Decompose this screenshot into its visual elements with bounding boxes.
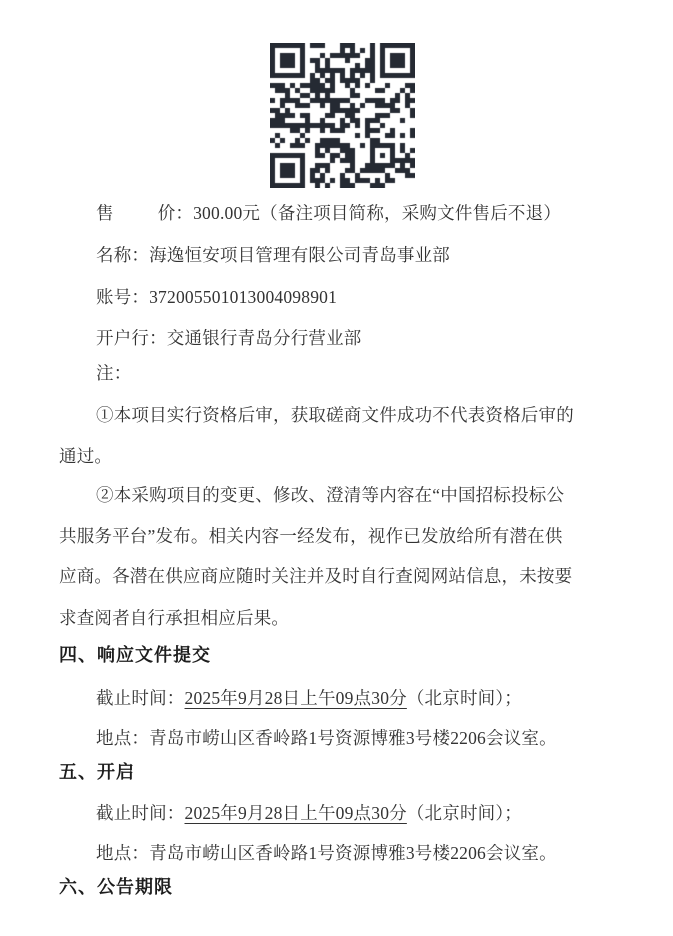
- bank-line: 开户行：交通银行青岛分行营业部: [96, 329, 362, 348]
- section4-location-line: 地点：青岛市崂山区香岭路1号资源博雅3号楼2206会议室。: [96, 729, 557, 748]
- account-number-line: 账号：372005501013004098901: [96, 288, 337, 307]
- deadline-datetime: 2025年9月28日上午09点30分: [185, 688, 407, 708]
- note2-line2: 共服务平台”发布。相关内容一经发布，视作已发放给所有潜在供: [59, 527, 563, 546]
- deadline-label: 截止时间：: [96, 688, 185, 708]
- price-label: 售: [96, 203, 114, 223]
- section5-title: 五、开启: [59, 763, 135, 782]
- section4-title: 四、响应文件提交: [59, 646, 211, 665]
- payee-name-line: 名称：海逸恒安项目管理有限公司青岛事业部: [96, 246, 450, 265]
- price-line: 售价：300.00元（备注项目简称，采购文件售后不退）: [96, 204, 561, 223]
- note2-line4: 求查阅者自行承担相应后果。: [59, 609, 289, 628]
- deadline-suffix: （北京时间）；: [407, 803, 522, 823]
- deadline-label: 截止时间：: [96, 803, 185, 823]
- note1-line2: 通过。: [59, 447, 112, 466]
- note1-line1: ①本项目实行资格后审，获取磋商文件成功不代表资格后审的: [96, 406, 574, 425]
- price-value: 价：300.00元（备注项目简称，采购文件售后不退）: [158, 203, 561, 223]
- note2-line1: ②本采购项目的变更、修改、澄清等内容在“中国招标投标公: [96, 486, 564, 505]
- note-label: 注：: [96, 364, 131, 383]
- deadline-suffix: （北京时间）；: [407, 688, 522, 708]
- section4-deadline-line: 截止时间：2025年9月28日上午09点30分（北京时间）；: [96, 689, 522, 708]
- section6-title: 六、公告期限: [59, 878, 173, 897]
- qr-code: [270, 43, 415, 188]
- section5-location-line: 地点：青岛市崂山区香岭路1号资源博雅3号楼2206会议室。: [96, 844, 557, 863]
- document-page: 售价：300.00元（备注项目简称，采购文件售后不退） 名称：海逸恒安项目管理有…: [0, 0, 673, 936]
- section5-deadline-line: 截止时间：2025年9月28日上午09点30分（北京时间）；: [96, 804, 522, 823]
- note2-line3: 应商。各潜在供应商应随时关注并及时自行查阅网站信息，未按要: [59, 567, 572, 586]
- deadline-datetime: 2025年9月28日上午09点30分: [185, 803, 407, 823]
